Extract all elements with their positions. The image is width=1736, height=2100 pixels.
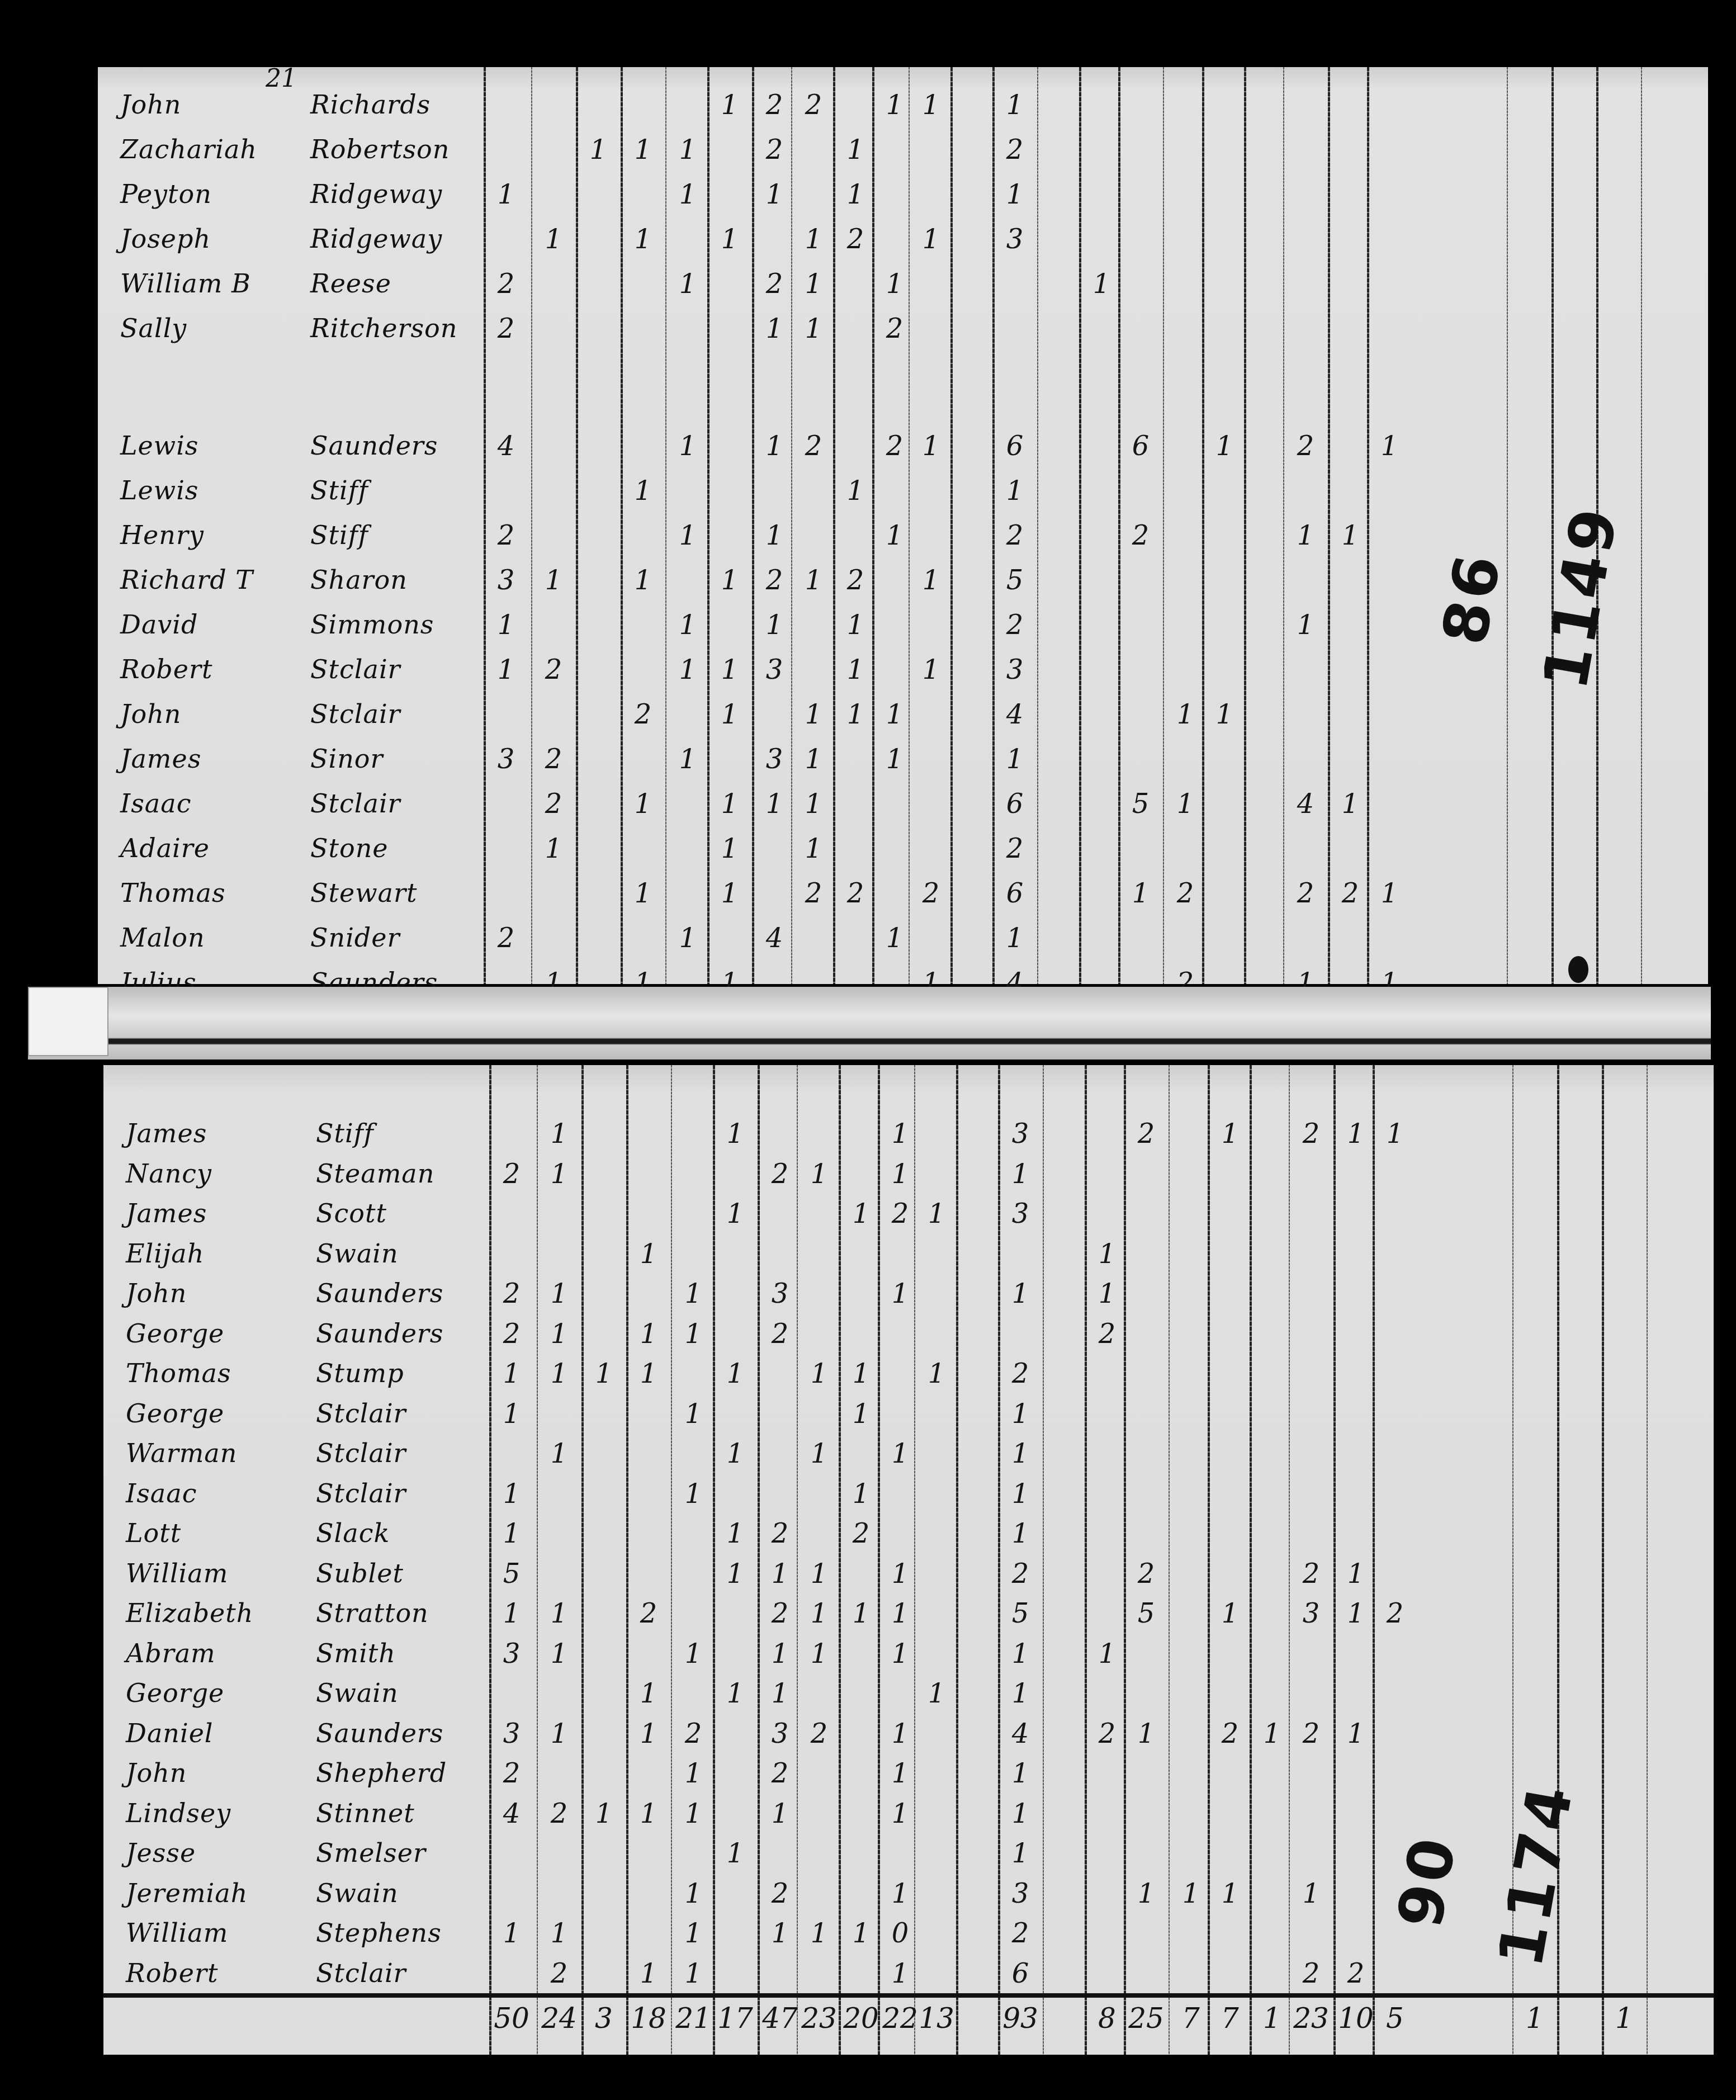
tally-cell: 1 [1002, 1478, 1038, 1510]
surname: Stinnet [316, 1798, 415, 1828]
tally-cell: 1 [882, 1878, 918, 1909]
column-total: 10 [1338, 2002, 1374, 2035]
tally-cell: 1 [1288, 520, 1323, 551]
surname: Swain [316, 1878, 399, 1908]
tally-cell: 2 [997, 609, 1033, 641]
tally-cell: 1 [796, 699, 831, 730]
tally-cell: 1 [717, 1118, 753, 1150]
tally-cell: 1 [838, 609, 873, 641]
tally-cell: 1 [838, 475, 873, 507]
tally-cell: 1 [843, 1918, 879, 1949]
tally-cell: 4 [494, 1798, 529, 1829]
surname: Stiff [310, 520, 368, 550]
tally-cell: 2 [796, 878, 831, 909]
tally-cell: 1 [717, 1558, 753, 1590]
tally-cell: 1 [1089, 1278, 1125, 1309]
column-total: 7 [1173, 2002, 1209, 2035]
tally-cell: 1 [838, 179, 873, 210]
tally-cell: 2 [1377, 1598, 1413, 1629]
tally-cell: 2 [488, 520, 524, 551]
tally-cell: 1 [541, 1278, 577, 1309]
household-row: William BReese212111 [98, 268, 1708, 313]
tally-cell: 1 [838, 654, 873, 685]
tally-cell: 2 [877, 431, 912, 462]
column-total: 5 [1377, 2002, 1413, 2035]
surname: Reese [310, 268, 391, 299]
tally-cell: 2 [1338, 1958, 1374, 1989]
household-row: GeorgeSwain11111 [103, 1678, 1714, 1723]
column-total: 50 [494, 2002, 529, 2035]
tally-cell: 2 [756, 565, 792, 596]
tally-cell: 2 [1293, 1118, 1329, 1150]
tally-cell: 1 [756, 313, 792, 344]
tally-cell: 1 [712, 89, 748, 121]
tally-cell: 1 [801, 1918, 837, 1949]
tally-cell: 1 [1128, 1878, 1164, 1909]
tally-cell: 2 [631, 1598, 666, 1629]
tally-cell: 1 [919, 1358, 954, 1389]
given-name: Robert [120, 654, 212, 684]
given-name: George [126, 1318, 224, 1349]
tally-cell: 1 [488, 609, 524, 641]
surname: Stclair [316, 1398, 406, 1429]
surname: Ritcherson [310, 313, 457, 343]
tally-cell: 1 [997, 475, 1033, 507]
household-row: LewisSaunders41122166121 [98, 431, 1708, 475]
household-row: WilliamStephens11111102 [103, 1918, 1714, 1962]
tally-cell: 1 [796, 224, 831, 255]
tally-cell: 1 [913, 431, 949, 462]
tally-cell: 1 [1002, 1518, 1038, 1549]
tally-cell: 1 [882, 1718, 918, 1749]
surname: Ridgeway [310, 179, 442, 209]
column-total: 1 [1517, 2002, 1553, 2035]
given-name: Nancy [126, 1158, 212, 1189]
tally-cell: 1 [882, 1118, 918, 1150]
tally-cell: 2 [838, 224, 873, 255]
surname: Swain [316, 1678, 399, 1708]
tally-cell: 1 [1089, 1238, 1125, 1270]
tally-cell: 1 [877, 89, 912, 121]
surname: Stiff [316, 1118, 374, 1148]
tally-cell: 1 [1212, 1118, 1248, 1150]
tally-cell: 2 [762, 1878, 798, 1909]
tally-cell: 1 [1288, 609, 1323, 641]
tally-cell: 1 [997, 744, 1033, 775]
page-seam [28, 987, 1711, 1060]
surname: Richards [310, 89, 431, 120]
tally-cell: 2 [494, 1278, 529, 1309]
tally-cell: 1 [536, 833, 571, 864]
ink-blot [1568, 956, 1588, 983]
tally-cell: 1 [625, 134, 661, 165]
tally-cell: 1 [882, 1798, 918, 1829]
tally-cell: 2 [1128, 1558, 1164, 1590]
tally-cell: 1 [541, 1158, 577, 1190]
tally-cell: 1 [919, 1678, 954, 1709]
given-name: Elijah [126, 1238, 204, 1269]
tally-cell: 1 [1002, 1798, 1038, 1829]
tally-cell: 1 [1338, 1598, 1374, 1629]
tally-cell: 1 [670, 744, 706, 775]
tally-cell: 6 [997, 878, 1033, 909]
tally-cell: 1 [494, 1518, 529, 1549]
tally-cell: 1 [877, 923, 912, 954]
tally-cell: 1 [536, 565, 571, 596]
tally-cell: 1 [1002, 1638, 1038, 1669]
given-name: Jesse [126, 1838, 196, 1868]
surname: Simmons [310, 609, 434, 640]
column-total: 23 [1293, 2002, 1329, 2035]
tally-cell: 1 [712, 699, 748, 730]
household-row: GeorgeSaunders211122 [103, 1318, 1714, 1363]
tally-cell: 1 [670, 268, 706, 300]
tally-cell: 1 [796, 565, 831, 596]
tally-cell: 1 [712, 654, 748, 685]
tally-cell: 1 [756, 179, 792, 210]
household-row: WilliamSublet511112221 [103, 1558, 1714, 1603]
tally-cell: 1 [801, 1598, 837, 1629]
surname: Stclair [310, 788, 401, 819]
tally-cell: 2 [762, 1518, 798, 1549]
tally-cell: 1 [494, 1398, 529, 1430]
given-name: George [126, 1678, 224, 1708]
census-page-bottom-section: JamesStiff111321211NancySteaman212111Jam… [103, 1065, 1714, 2055]
tally-cell: 1 [843, 1598, 879, 1629]
tally-cell: 1 [670, 609, 706, 641]
tally-cell: 1 [838, 699, 873, 730]
tally-cell: 1 [913, 224, 949, 255]
tally-cell: 0 [882, 1918, 918, 1949]
given-name: Zachariah [120, 134, 257, 164]
tally-cell: 1 [1207, 431, 1242, 462]
tally-cell: 3 [1293, 1598, 1329, 1629]
surname: Smelser [316, 1838, 426, 1868]
tally-cell: 1 [1173, 1878, 1209, 1909]
surname: Sinor [310, 744, 384, 774]
tally-cell: 1 [1338, 1118, 1374, 1150]
given-name: Abram [126, 1638, 216, 1668]
tally-cell: 1 [877, 744, 912, 775]
tally-cell: 1 [1002, 1278, 1038, 1309]
tally-cell: 4 [1002, 1718, 1038, 1749]
given-name: Robert [126, 1958, 218, 1988]
tally-cell: 1 [580, 134, 616, 165]
given-name: Warman [126, 1438, 237, 1468]
column-total: 1 [1606, 2002, 1642, 2035]
household-row: MalonSnider21411 [98, 923, 1708, 967]
tally-cell: 2 [997, 134, 1033, 165]
given-name: Lindsey [126, 1798, 231, 1828]
column-total: 18 [631, 2002, 666, 2035]
tally-cell: 1 [488, 654, 524, 685]
tally-cell: 1 [756, 788, 792, 820]
tally-cell: 3 [488, 565, 524, 596]
tally-cell: 2 [488, 313, 524, 344]
column-total: 1 [1254, 2002, 1290, 2035]
tally-cell: 1 [796, 833, 831, 864]
column-total: 25 [1128, 2002, 1164, 2035]
surname: Saunders [316, 1318, 443, 1349]
given-name: William [126, 1558, 228, 1588]
household-row: LewisStiff111 [98, 475, 1708, 520]
tally-cell: 1 [712, 565, 748, 596]
tally-cell: 1 [762, 1678, 798, 1709]
tally-cell: 5 [494, 1558, 529, 1590]
tally-cell: 4 [756, 923, 792, 954]
household-row: NancySteaman212111 [103, 1158, 1714, 1203]
given-name: David [120, 609, 198, 640]
household-row: LottSlack11221 [103, 1518, 1714, 1563]
tally-cell: 3 [1002, 1878, 1038, 1909]
tally-cell: 3 [762, 1278, 798, 1309]
surname: Slack [316, 1518, 390, 1548]
household-row: AbramSmith31111111 [103, 1638, 1714, 1683]
tally-cell: 2 [843, 1518, 879, 1549]
household-row: IsaacStclair2111165141 [98, 788, 1708, 833]
surname: Stump [316, 1358, 404, 1388]
column-total: 23 [801, 2002, 837, 2035]
tally-cell: 3 [997, 654, 1033, 685]
given-name: John [126, 1758, 187, 1788]
column-total: 7 [1212, 2002, 1248, 2035]
household-row: AdaireStone1112 [98, 833, 1708, 878]
tally-cell: 1 [488, 179, 524, 210]
tally-cell: 1 [670, 923, 706, 954]
given-name: George [126, 1398, 224, 1429]
tally-cell: 1 [796, 268, 831, 300]
household-row: PeytonRidgeway11111 [98, 179, 1708, 224]
tally-cell: 1 [631, 1238, 666, 1270]
household-row: JamesSinor3213111 [98, 744, 1708, 788]
column-total: 3 [586, 2002, 622, 2035]
tally-cell: 1 [625, 224, 661, 255]
surname: Swain [316, 1238, 399, 1269]
tally-cell: 1 [1002, 1758, 1038, 1789]
given-name: Lewis [120, 431, 198, 461]
tally-cell: 2 [488, 923, 524, 954]
tally-cell: 1 [796, 744, 831, 775]
tally-cell: 1 [675, 1758, 711, 1789]
page-number: 21 [266, 64, 297, 93]
tally-cell: 1 [586, 1358, 622, 1389]
tally-cell: 1 [801, 1438, 837, 1469]
household-row: SallyRitcherson2112 [98, 313, 1708, 358]
tally-cell: 1 [796, 313, 831, 344]
tally-cell: 1 [796, 788, 831, 820]
tally-cell: 2 [541, 1798, 577, 1829]
tally-cell: 1 [762, 1638, 798, 1669]
tally-cell: 1 [631, 1678, 666, 1709]
tally-cell: 1 [675, 1918, 711, 1949]
tally-cell: 3 [997, 224, 1033, 255]
tally-cell: 1 [756, 520, 792, 551]
tally-cell: 2 [494, 1318, 529, 1350]
tally-cell: 2 [838, 565, 873, 596]
household-row: DanielSaunders31123214212121 [103, 1718, 1714, 1763]
column-total: 24 [541, 2002, 577, 2035]
tally-cell: 1 [541, 1438, 577, 1469]
tally-cell: 1 [913, 565, 949, 596]
tally-cell: 1 [670, 520, 706, 551]
tally-cell: 1 [670, 134, 706, 165]
tally-cell: 3 [494, 1718, 529, 1749]
household-row: JohnRichards122111 [98, 89, 1708, 134]
tally-cell: 1 [541, 1918, 577, 1949]
tally-cell: 2 [838, 878, 873, 909]
surname: Scott [316, 1198, 387, 1228]
tally-cell: 2 [1089, 1718, 1125, 1749]
surname: Stiff [310, 475, 368, 505]
tally-cell: 2 [625, 699, 661, 730]
column-total: 22 [882, 2002, 918, 2035]
surname: Sublet [316, 1558, 404, 1588]
household-row: JosephRidgeway1111213 [98, 224, 1708, 268]
tally-cell: 2 [756, 268, 792, 300]
surname: Stclair [316, 1438, 406, 1468]
tally-cell: 2 [1293, 1558, 1329, 1590]
surname: Shepherd [316, 1758, 447, 1788]
tally-cell: 4 [997, 699, 1033, 730]
tally-cell: 6 [997, 431, 1033, 462]
tally-cell: 1 [717, 1358, 753, 1389]
tally-cell: 1 [625, 878, 661, 909]
surname: Saunders [316, 1278, 443, 1308]
tally-cell: 1 [1167, 699, 1203, 730]
surname: Stewart [310, 878, 418, 908]
tally-cell: 1 [717, 1678, 753, 1709]
tally-cell: 2 [488, 268, 524, 300]
household-row: ZachariahRobertson111212 [98, 134, 1708, 179]
tally-cell: 1 [675, 1798, 711, 1829]
tally-cell: 3 [762, 1718, 798, 1749]
tally-cell: 1 [913, 654, 949, 685]
census-page-top-section: 21 JohnRichards122111ZachariahRobertson1… [98, 67, 1708, 984]
household-row: JeremiahSwain12131111 [103, 1878, 1714, 1923]
household-row: ElijahSwain11 [103, 1238, 1714, 1283]
given-name: John [120, 699, 181, 729]
tally-cell: 1 [1377, 1118, 1413, 1150]
tally-cell: 1 [1002, 1158, 1038, 1190]
given-name: Thomas [120, 878, 226, 908]
tally-cell: 1 [882, 1758, 918, 1789]
tally-cell: 1 [1338, 1558, 1374, 1590]
tally-cell: 5 [1002, 1598, 1038, 1629]
tally-cell: 1 [670, 179, 706, 210]
given-name: Richard T [120, 565, 253, 595]
surname: Smith [316, 1638, 396, 1668]
tally-cell: 1 [882, 1638, 918, 1669]
tally-cell: 2 [756, 134, 792, 165]
tally-cell: 1 [801, 1158, 837, 1190]
tally-cell: 4 [488, 431, 524, 462]
tally-cell: 2 [1128, 1118, 1164, 1150]
tally-cell: 1 [882, 1278, 918, 1309]
given-name: William [126, 1918, 228, 1948]
tally-cell: 1 [843, 1478, 879, 1510]
tally-cell: 1 [882, 1558, 918, 1590]
tally-cell: 1 [541, 1118, 577, 1150]
tally-cell: 1 [494, 1478, 529, 1510]
tally-cell: 1 [586, 1798, 622, 1829]
tally-cell: 1 [1332, 788, 1368, 820]
tally-cell: 2 [1212, 1718, 1248, 1749]
household-row: ThomasStewart11222612221 [98, 878, 1708, 923]
given-name: Adaire [120, 833, 210, 863]
household-row: IsaacStclair1111 [103, 1478, 1714, 1523]
tally-cell: 1 [1084, 268, 1119, 300]
household-row: JesseSmelser11 [103, 1838, 1714, 1883]
tally-cell: 1 [675, 1398, 711, 1430]
given-name: Daniel [126, 1718, 214, 1748]
tally-cell: 2 [762, 1158, 798, 1190]
tally-cell: 2 [756, 89, 792, 121]
tally-cell: 2 [536, 788, 571, 820]
tally-cell: 2 [762, 1318, 798, 1350]
tally-cell: 1 [625, 475, 661, 507]
tally-cell: 1 [1371, 878, 1407, 909]
tally-cell: 4 [1288, 788, 1323, 820]
tally-cell: 2 [494, 1758, 529, 1789]
tally-cell: 1 [712, 878, 748, 909]
tally-cell: 1 [675, 1318, 711, 1350]
tally-cell: 1 [541, 1598, 577, 1629]
tally-cell: 1 [1002, 1838, 1038, 1869]
household-row: RobertStclair12113113 [98, 654, 1708, 699]
given-name: Isaac [120, 788, 191, 819]
surname: Ridgeway [310, 224, 442, 254]
tally-cell: 1 [801, 1638, 837, 1669]
tally-cell: 1 [631, 1318, 666, 1350]
tally-cell: 6 [1002, 1958, 1038, 1989]
tally-cell: 1 [882, 1958, 918, 1989]
tally-cell: 1 [494, 1358, 529, 1389]
tally-cell: 1 [882, 1438, 918, 1469]
tally-cell: 1 [877, 268, 912, 300]
given-name: Peyton [120, 179, 212, 209]
tally-cell: 1 [675, 1878, 711, 1909]
tally-cell: 1 [1254, 1718, 1290, 1749]
surname: Sharon [310, 565, 408, 595]
tally-cell: 1 [541, 1638, 577, 1669]
tally-cell: 1 [801, 1558, 837, 1590]
totals-row: 502431821174723202213938257712310511 [103, 1993, 1714, 2042]
tally-cell: 2 [762, 1758, 798, 1789]
surname: Stratton [316, 1598, 429, 1628]
tally-cell: 1 [997, 923, 1033, 954]
tally-cell: 1 [625, 565, 661, 596]
household-row: JamesScott11213 [103, 1198, 1714, 1243]
tally-cell: 2 [1288, 878, 1323, 909]
tally-cell: 1 [882, 1598, 918, 1629]
tally-cell: 1 [625, 788, 661, 820]
tally-cell: 6 [1123, 431, 1158, 462]
tally-cell: 2 [762, 1598, 798, 1629]
tally-cell: 1 [541, 1318, 577, 1350]
tally-cell: 1 [536, 224, 571, 255]
tally-cell: 1 [494, 1918, 529, 1949]
tally-cell: 1 [1123, 878, 1158, 909]
given-name: Lewis [120, 475, 198, 505]
tally-cell: 3 [488, 744, 524, 775]
tally-cell: 2 [1002, 1918, 1038, 1949]
tally-cell: 1 [717, 1438, 753, 1469]
given-name: James [126, 1198, 207, 1228]
tally-cell: 1 [717, 1838, 753, 1869]
household-row: WarmanStclair11111 [103, 1438, 1714, 1483]
tally-cell: 2 [1089, 1318, 1125, 1350]
tally-cell: 1 [762, 1798, 798, 1829]
